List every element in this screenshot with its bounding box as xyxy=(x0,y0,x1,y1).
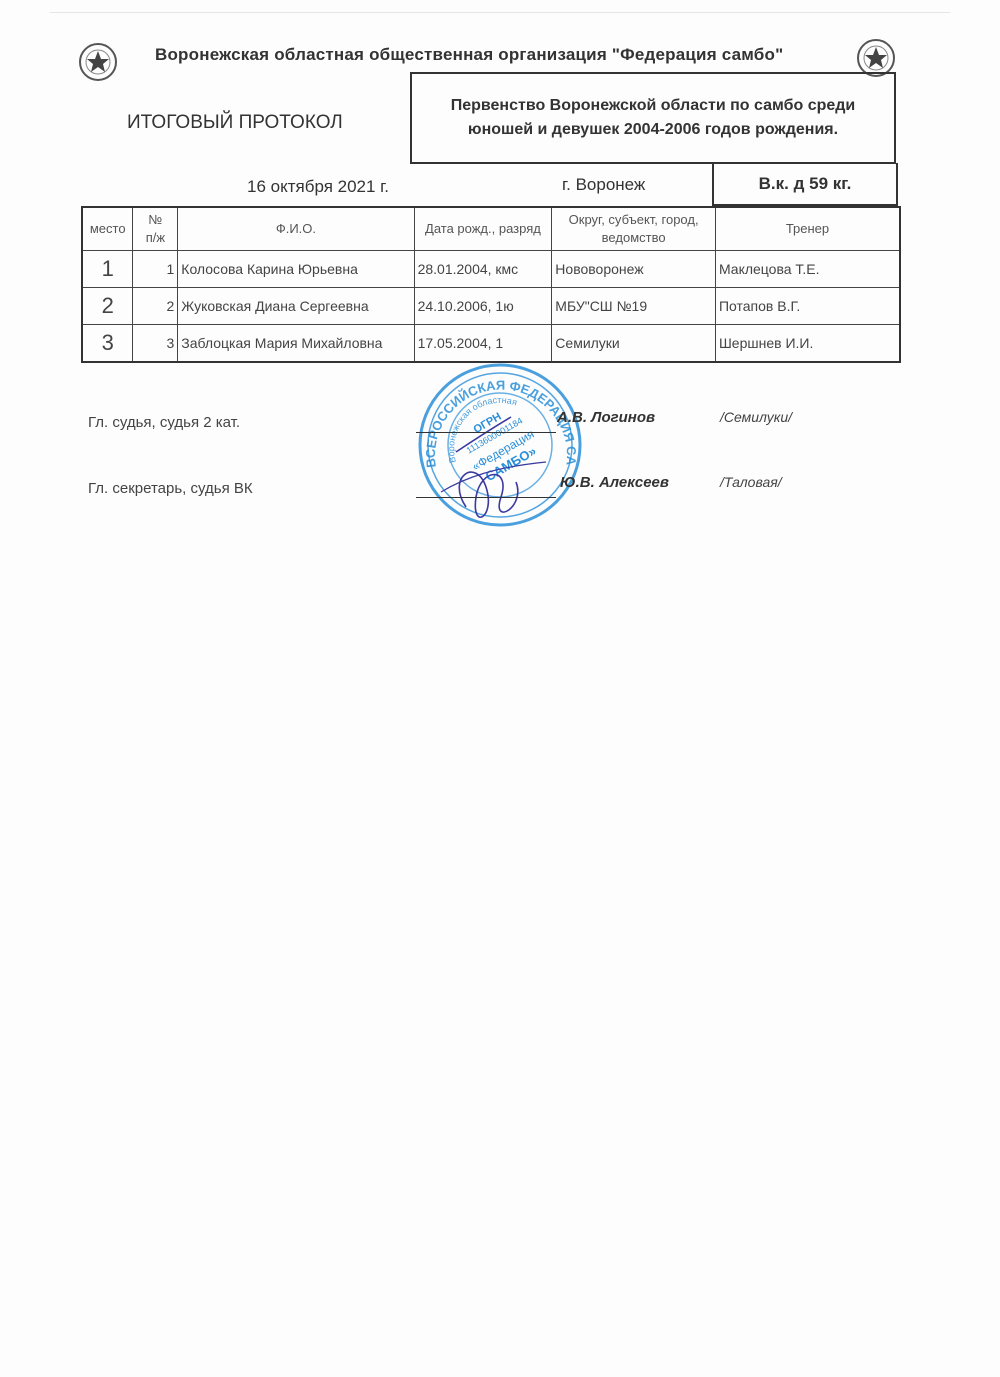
cell-birth: 28.01.2004, кмс xyxy=(414,251,552,288)
sambo-federation-emblem-icon xyxy=(78,42,118,82)
cell-num: 3 xyxy=(133,325,178,363)
chief-secretary-signature-line xyxy=(416,497,556,498)
table-header-row: место №п/ж Ф.И.О. Дата рожд., разряд Окр… xyxy=(82,207,900,251)
header-place: место xyxy=(82,207,133,251)
chief-judge-name: А.В. Логинов xyxy=(557,409,655,426)
cell-place: 3 xyxy=(82,325,133,363)
organization-title: Воронежская областная общественная орган… xyxy=(155,45,783,65)
cell-name: Заблоцкая Мария Михайловна xyxy=(178,325,414,363)
chief-secretary-name: Ю.В. Алексеев xyxy=(560,474,669,491)
cell-coach: Потапов В.Г. xyxy=(715,288,900,325)
results-table: место №п/ж Ф.И.О. Дата рожд., разряд Окр… xyxy=(81,206,901,363)
cell-coach: Маклецова Т.Е. xyxy=(715,251,900,288)
cell-coach: Шершнев И.И. xyxy=(715,325,900,363)
cell-num: 2 xyxy=(133,288,178,325)
header-name: Ф.И.О. xyxy=(178,207,414,251)
official-stamp: ВСЕРОССИЙСКАЯ ФЕДЕРАЦИЯ САМБО Воронежска… xyxy=(416,357,584,532)
chief-secretary-role: Гл. секретарь, судья ВК xyxy=(88,480,253,497)
header-birth: Дата рожд., разряд xyxy=(414,207,552,251)
cell-name: Жуковская Диана Сергеевна xyxy=(178,288,414,325)
cell-place: 2 xyxy=(82,288,133,325)
event-title-line2: юношей и девушек 2004-2006 годов рождени… xyxy=(468,118,838,142)
cell-region: МБУ"СШ №19 xyxy=(552,288,716,325)
chief-judge-signature-line xyxy=(416,432,556,433)
event-title-box: Первенство Воронежской области по самбо … xyxy=(410,72,896,164)
header-coach: Тренер xyxy=(715,207,900,251)
chief-secretary-city: /Таловая/ xyxy=(720,474,782,490)
protocol-title: ИТОГОВЫЙ ПРОТОКОЛ xyxy=(127,112,343,134)
header-num: №п/ж xyxy=(133,207,178,251)
table-row: 1 1 Колосова Карина Юрьевна 28.01.2004, … xyxy=(82,251,900,288)
weight-category: В.к. д 59 кг. xyxy=(712,163,898,206)
cell-place: 1 xyxy=(82,251,133,288)
table-row: 2 2 Жуковская Диана Сергеевна 24.10.2006… xyxy=(82,288,900,325)
competition-city: г. Воронеж xyxy=(562,175,645,195)
competition-date: 16 октября 2021 г. xyxy=(247,177,389,197)
chief-judge-role: Гл. судья, судья 2 кат. xyxy=(88,414,240,431)
cell-birth: 24.10.2006, 1ю xyxy=(414,288,552,325)
top-rule xyxy=(50,12,950,13)
chief-judge-city: /Семилуки/ xyxy=(720,409,792,425)
event-title-line1: Первенство Воронежской области по самбо … xyxy=(451,94,856,118)
cell-num: 1 xyxy=(133,251,178,288)
cell-region: Нововоронеж xyxy=(552,251,716,288)
cell-name: Колосова Карина Юрьевна xyxy=(178,251,414,288)
header-region: Округ, субъект, город,ведомство xyxy=(552,207,716,251)
